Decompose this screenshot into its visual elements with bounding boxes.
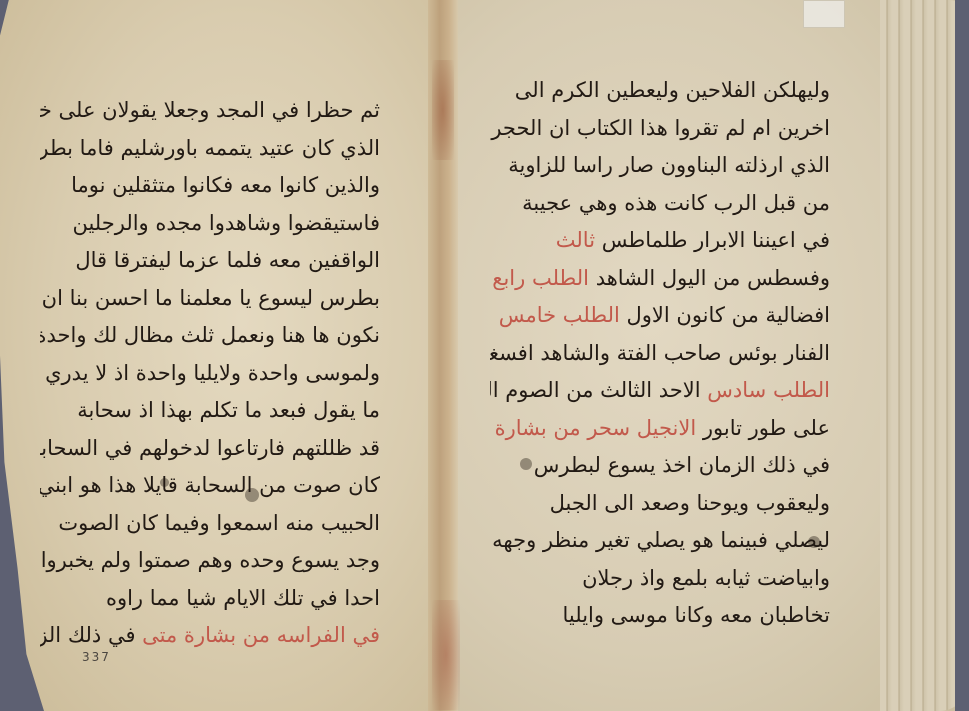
left-page-text: ثم حظرا في المجد وجعلا يقولان على خروجه … (40, 92, 380, 655)
text-line: ليصلي فبينما هو يصلي تغير منظر وجهه (490, 522, 830, 560)
text-line: الفنار بوئس صاحب الفتة والشاهد افسغنوس (490, 335, 830, 373)
text-line: وليهلكن الفلاحين وليعطين الكرم الى (490, 72, 830, 110)
text-line: في الفراسه من بشارة متى في ذلك الزمان (40, 617, 380, 655)
text-line: ما يقول فبعد ما تكلم بهذا اذ سحابة (40, 392, 380, 430)
text-line: ولموسى واحدة ولايليا واحدة اذ لا يدري (40, 355, 380, 393)
rubric: الطلب خامس (499, 303, 620, 327)
paper-tab (803, 0, 845, 28)
text-line: وفسطس من اليول الشاهد الطلب رابع (490, 260, 830, 298)
text-line: والذين كانوا معه فكانوا متثقلين نوما (40, 167, 380, 205)
text-line: تخاطبان معه وكانا موسى وايليا (490, 597, 830, 635)
water-stain (432, 60, 454, 160)
right-page-text: وليهلكن الفلاحين وليعطين الكرم الى اخرين… (490, 72, 830, 635)
text-line: اخرين ام لم تقروا هذا الكتاب ان الحجر (490, 110, 830, 148)
text-line: الذي ارذلته البناوون صار راسا للزاوية (490, 147, 830, 185)
rubric: الانجيل سحر من بشارة لوقا (490, 416, 696, 440)
text-line: ثم حظرا في المجد وجعلا يقولان على خروجه (40, 92, 380, 130)
text-line: الذي كان عتيد يتممه باورشليم فاما بطرس (40, 130, 380, 168)
text-line: كان صوت من السحابة قايلا هذا هو ابني (40, 467, 380, 505)
text-line: من قبل الرب كانت هذه وهي عجيبة (490, 185, 830, 223)
text-line: نكون ها هنا ونعمل ثلث مظال لك واحدة (40, 317, 380, 355)
manuscript-spread: ثم حظرا في المجد وجعلا يقولان على خروجه … (0, 0, 969, 711)
text-line: افضالية من كانون الاول الطلب خامس (490, 297, 830, 335)
rubric: الطلب سادس (707, 378, 830, 402)
text-line: في ذلك الزمان اخذ يسوع لبطرس (490, 447, 830, 485)
rubric: الطلب رابع (492, 266, 589, 290)
text-line: وليعقوب ويوحنا وصعد الى الجبل (490, 485, 830, 523)
folio-number: 337 (82, 650, 111, 664)
text-line: قد ظللتهم فارتاعوا لدخولهم في السحابة (40, 430, 380, 468)
text-line: على طور تابور الانجيل سحر من بشارة لوقا (490, 410, 830, 448)
text-line: وجد يسوع وحده وهم صمتوا ولم يخبروا (40, 542, 380, 580)
text-line: الطلب سادس الاحد الثالث من الصوم التجلي … (490, 372, 830, 410)
water-stain (432, 600, 460, 710)
rubric: ثالث (556, 228, 595, 252)
rubric: في الفراسه من بشارة متى (142, 623, 380, 647)
text-line: بطرس ليسوع يا معلمنا ما احسن بنا ان (40, 280, 380, 318)
text-line: الواقفين معه فلما عزما ليفترقا قال (40, 242, 380, 280)
text-line: فاستيقضوا وشاهدوا مجده والرجلين (40, 205, 380, 243)
text-line: وابياضت ثيابه بلمع واذ رجلان (490, 560, 830, 598)
text-line: الحبيب منه اسمعوا وفيما كان الصوت (40, 505, 380, 543)
text-line: في اعيننا الابرار طلماطس ثالث (490, 222, 830, 260)
background (955, 0, 969, 711)
text-line: احدا في تلك الايام شيا مما راوه (40, 580, 380, 618)
